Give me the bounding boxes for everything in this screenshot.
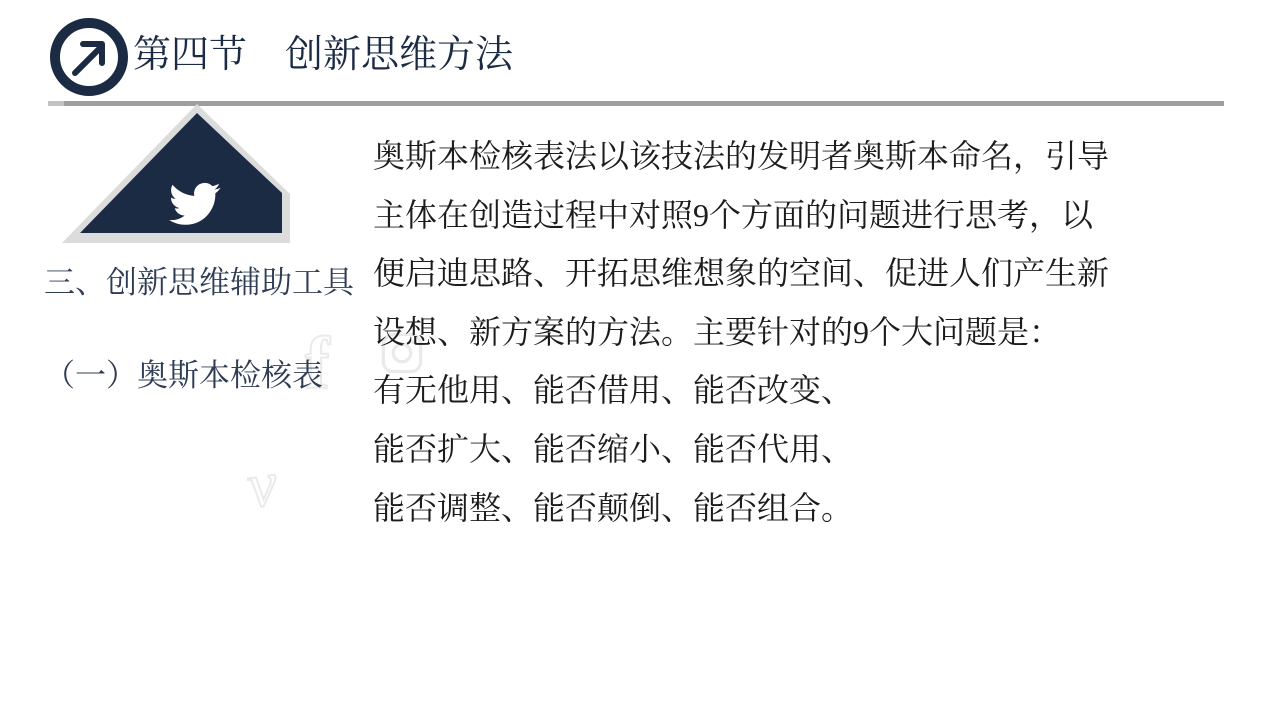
paragraph-line: 能否调整、能否颠倒、能否组合。	[373, 479, 1163, 538]
page-title: 第四节 创新思维方法	[133, 33, 513, 77]
presentation-slide: 第四节 创新思维方法 f v 三、创新思维辅助工具 （一）奥斯本检核表 奥斯本检…	[0, 0, 1280, 720]
body-paragraph: 奥斯本检核表法以该技法的发明者奥斯本命名，引导 主体在创造过程中对照9个方面的问…	[373, 127, 1163, 537]
paragraph-line: 奥斯本检核表法以该技法的发明者奥斯本命名，引导	[373, 127, 1163, 186]
paragraph-line: 便启迪思路、开拓思维想象的空间、促进人们产生新	[373, 244, 1163, 303]
paragraph-line: 主体在创造过程中对照9个方面的问题进行思考，以	[373, 186, 1163, 245]
paragraph-line: 有无他用、能否借用、能否改变、	[373, 361, 1163, 420]
arrow-circle-icon	[49, 17, 129, 97]
paragraph-line: 能否扩大、能否缩小、能否代用、	[373, 420, 1163, 479]
badge-shape	[80, 113, 282, 233]
vimeo-watermark-icon: v	[243, 446, 281, 523]
subsection-heading: （一）奥斯本检核表	[44, 350, 323, 395]
badge-pentagon	[52, 100, 292, 250]
section-heading: 三、创新思维辅助工具	[44, 257, 354, 302]
paragraph-line: 设想、新方案的方法。主要针对的9个大问题是：	[373, 303, 1163, 362]
